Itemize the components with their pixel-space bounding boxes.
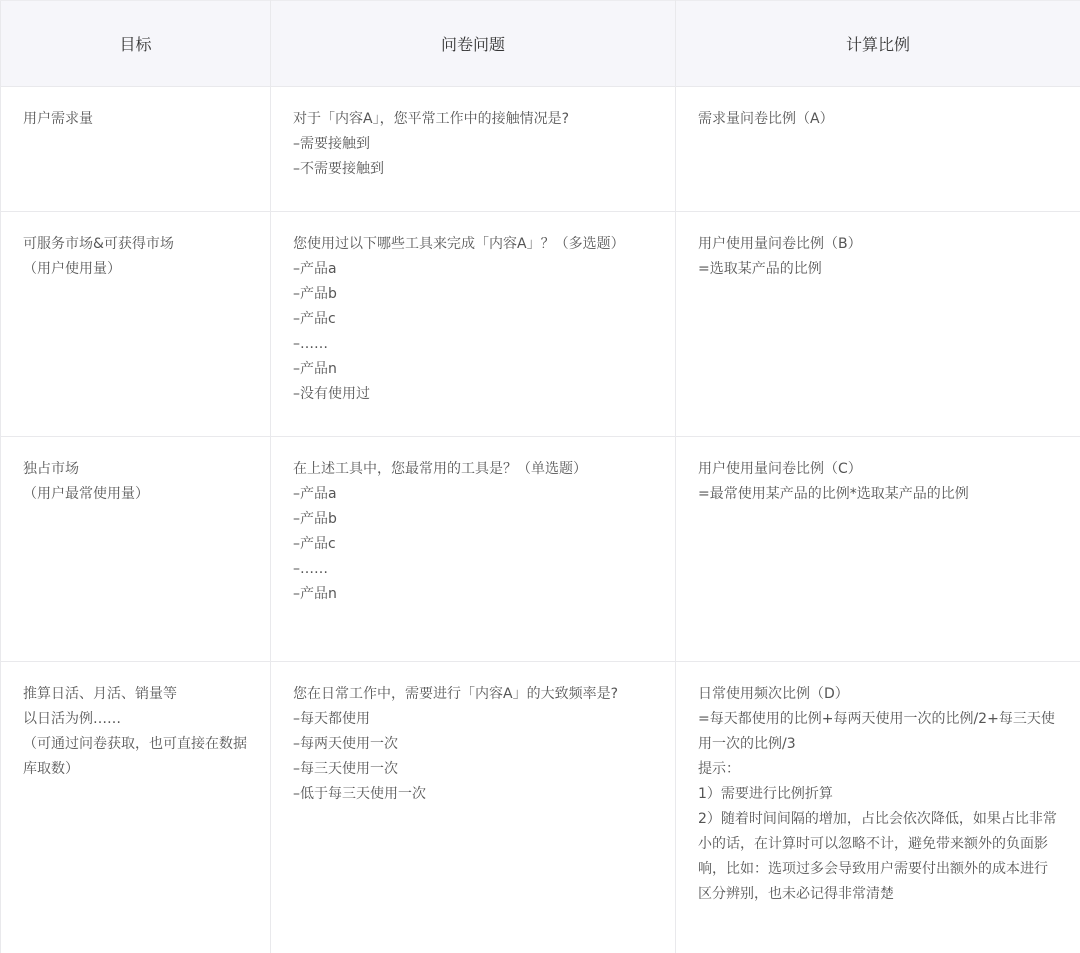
- goal-text: 推算日活、月活、销量等: [23, 682, 248, 707]
- option-text: –产品a: [293, 257, 653, 282]
- goal-subtext: （用户使用量）: [23, 257, 248, 282]
- ratio-cell: 需求量问卷比例（A）: [676, 87, 1080, 212]
- goal-cell: 用户需求量: [1, 87, 271, 212]
- option-text: –需要接触到: [293, 132, 653, 157]
- question-cell: 您在日常工作中，需要进行「内容A」的大致频率是? –每天都使用 –每两天使用一次…: [271, 662, 676, 953]
- option-text: –每天都使用: [293, 707, 653, 732]
- table-row: 可服务市场&可获得市场 （用户使用量） 您使用过以下哪些工具来完成「内容A」？（…: [1, 212, 1080, 437]
- tip-item: 1）需要进行比例折算: [698, 782, 1058, 807]
- goal-text: 独占市场: [23, 457, 248, 482]
- ratio-cell: 日常使用频次比例（D） =每天都使用的比例+每两天使用一次的比例/2+每三天使用…: [676, 662, 1080, 953]
- goal-text: 用户需求量: [23, 107, 248, 132]
- question-text: 在上述工具中，您最常用的工具是？（单选题）: [293, 457, 653, 482]
- table-row: 用户需求量 对于「内容A」，您平常工作中的接触情况是? –需要接触到 –不需要接…: [1, 87, 1080, 212]
- option-text: –没有使用过: [293, 382, 653, 407]
- tip-item: 2）随着时间间隔的增加，占比会依次降低，如果占比非常小的话，在计算时可以忽略不计…: [698, 807, 1058, 907]
- ratio-text: 用户使用量问卷比例（B）: [698, 232, 1058, 257]
- ratio-formula: =最常使用某产品的比例*选取某产品的比例: [698, 482, 1058, 507]
- table-row: 独占市场 （用户最常使用量） 在上述工具中，您最常用的工具是？（单选题） –产品…: [1, 437, 1080, 662]
- goal-cell: 独占市场 （用户最常使用量）: [1, 437, 271, 662]
- option-text: –低于每三天使用一次: [293, 782, 653, 807]
- ratio-cell: 用户使用量问卷比例（B） =选取某产品的比例: [676, 212, 1080, 437]
- header-row: 目标 问卷问题 计算比例: [1, 1, 1080, 87]
- option-text: –产品a: [293, 482, 653, 507]
- ratio-text: 用户使用量问卷比例（C）: [698, 457, 1058, 482]
- header-goal: 目标: [1, 1, 271, 87]
- tip-label: 提示：: [698, 757, 1058, 782]
- question-cell: 对于「内容A」，您平常工作中的接触情况是? –需要接触到 –不需要接触到: [271, 87, 676, 212]
- header-question: 问卷问题: [271, 1, 676, 87]
- goal-cell: 可服务市场&可获得市场 （用户使用量）: [1, 212, 271, 437]
- option-text: –产品c: [293, 532, 653, 557]
- goal-note: （可通过问卷获取，也可直接在数据库取数）: [23, 732, 248, 782]
- option-text: –每两天使用一次: [293, 732, 653, 757]
- table-row: 推算日活、月活、销量等 以日活为例…… （可通过问卷获取，也可直接在数据库取数）…: [1, 662, 1080, 953]
- question-text: 对于「内容A」，您平常工作中的接触情况是?: [293, 107, 653, 132]
- ratio-cell: 用户使用量问卷比例（C） =最常使用某产品的比例*选取某产品的比例: [676, 437, 1080, 662]
- option-text: –产品b: [293, 507, 653, 532]
- ratio-text: 需求量问卷比例（A）: [698, 107, 1058, 132]
- question-cell: 在上述工具中，您最常用的工具是？（单选题） –产品a –产品b –产品c –………: [271, 437, 676, 662]
- option-text: –产品b: [293, 282, 653, 307]
- ratio-text: 日常使用频次比例（D）: [698, 682, 1058, 707]
- goal-subtext: （用户最常使用量）: [23, 482, 248, 507]
- option-text: –产品n: [293, 582, 653, 607]
- goal-text: 可服务市场&可获得市场: [23, 232, 248, 257]
- goal-subtext: 以日活为例……: [23, 707, 248, 732]
- header-ratio: 计算比例: [676, 1, 1080, 87]
- question-text: 您在日常工作中，需要进行「内容A」的大致频率是?: [293, 682, 653, 707]
- option-text: –产品n: [293, 357, 653, 382]
- option-text: –产品c: [293, 307, 653, 332]
- ratio-formula: =选取某产品的比例: [698, 257, 1058, 282]
- ratio-formula: =每天都使用的比例+每两天使用一次的比例/2+每三天使用一次的比例/3: [698, 707, 1058, 757]
- question-cell: 您使用过以下哪些工具来完成「内容A」？（多选题） –产品a –产品b –产品c …: [271, 212, 676, 437]
- goal-cell: 推算日活、月活、销量等 以日活为例…… （可通过问卷获取，也可直接在数据库取数）: [1, 662, 271, 953]
- option-text: –……: [293, 557, 653, 582]
- option-text: –……: [293, 332, 653, 357]
- option-text: –每三天使用一次: [293, 757, 653, 782]
- survey-table: 目标 问卷问题 计算比例 用户需求量 对于「内容A」，您平常工作中的接触情况是?…: [0, 0, 1080, 953]
- option-text: –不需要接触到: [293, 157, 653, 182]
- question-text: 您使用过以下哪些工具来完成「内容A」？（多选题）: [293, 232, 653, 257]
